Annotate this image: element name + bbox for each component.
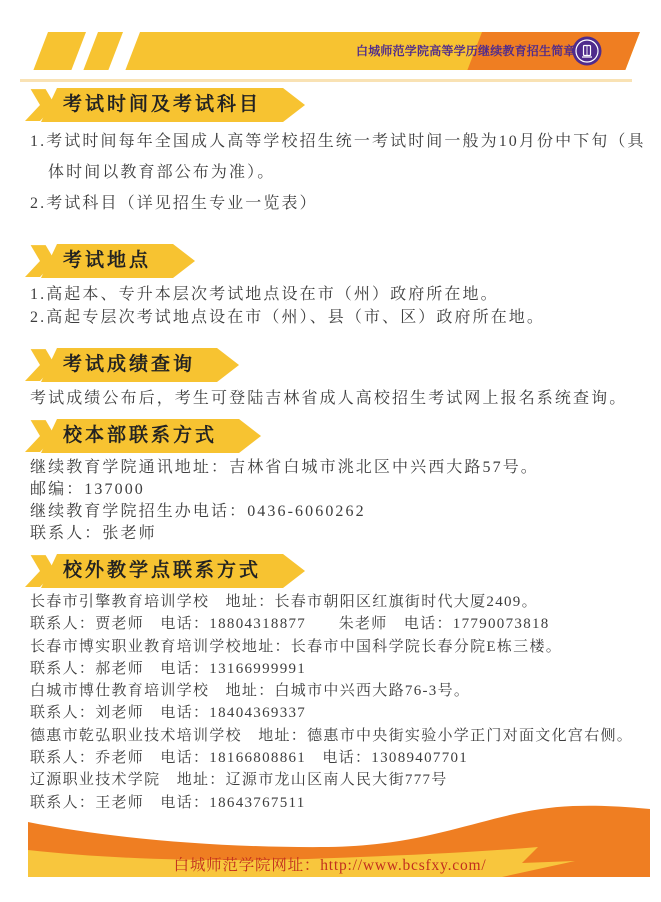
section-heading: 校本部联系方式 [25, 419, 641, 453]
section-campus-contact: 校本部联系方式 继续教育学院通讯地址：吉林省白城市洮北区中兴西大路57号。 邮编… [30, 419, 641, 545]
text-line: 体时间以教育部公布为准）。 [30, 157, 641, 188]
section-heading: 考试时间及考试科目 [25, 88, 641, 122]
text-line: 2.考试科目（详见招生专业一览表） [30, 188, 641, 219]
footer-website-url: 白城师范学院网址：http://www.bcsfxy.com/ [150, 853, 510, 875]
section-heading-banner: 校本部联系方式 [41, 419, 261, 453]
text-line: 联系人：刘老师 电话：18404369337 [30, 702, 641, 724]
text-line: 德惠市乾弘职业技术培训学校 地址：德惠市中央街实验小学正门对面文化宫右侧。 [30, 725, 641, 747]
text-line: 继续教育学院招生办电话：0436-6060262 [30, 501, 641, 523]
text-line: 考试成绩公布后，考生可登陆吉林省成人高校招生考试网上报名系统查询。 [30, 386, 641, 411]
page-header: 白城师范学院高等学历继续教育招生简章 [0, 0, 661, 86]
header-underline-decor [20, 79, 632, 82]
section-paragraph: 长春市引擎教育培训学校 地址：长春市朝阳区红旗街时代大厦2409。 联系人：贾老… [30, 591, 641, 814]
section-score-inquiry: 考试成绩查询 考试成绩公布后，考生可登陆吉林省成人高校招生考试网上报名系统查询。 [30, 348, 641, 411]
section-heading-banner: 校外教学点联系方式 [41, 554, 305, 588]
section-exam-time-subjects: 考试时间及考试科目 1.考试时间每年全国成人高等学校招生统一考试时间一般为10月… [30, 88, 641, 219]
section-exam-location: 考试地点 1.高起本、专升本层次考试地点设在市（州）政府所在地。 2.高起专层次… [30, 244, 641, 329]
section-paragraph: 考试成绩公布后，考生可登陆吉林省成人高校招生考试网上报名系统查询。 [30, 386, 641, 411]
text-line: 辽源职业技术学院 地址：辽源市龙山区南人民大街777号 [30, 769, 641, 791]
text-line: 联系人：郝老师 电话：13166999991 [30, 658, 641, 680]
university-seal-icon [572, 36, 602, 66]
section-heading: 考试地点 [25, 244, 641, 278]
section-heading-banner: 考试地点 [41, 244, 195, 278]
section-heading: 校外教学点联系方式 [25, 554, 641, 588]
text-line: 联系人：张老师 [30, 523, 641, 545]
section-heading-banner: 考试成绩查询 [41, 348, 239, 382]
text-line: 1.高起本、专升本层次考试地点设在市（州）政府所在地。 [30, 284, 641, 307]
section-paragraph: 1.考试时间每年全国成人高等学校招生统一考试时间一般为10月份中下旬（具 体时间… [30, 126, 641, 219]
header-slash-decor-1 [33, 32, 86, 70]
document-body: 考试时间及考试科目 1.考试时间每年全国成人高等学校招生统一考试时间一般为10月… [30, 88, 641, 814]
section-heading: 考试成绩查询 [25, 348, 641, 382]
text-line: 联系人：贾老师 电话：18804318877 朱老师 电话：1779007381… [30, 613, 641, 635]
text-line: 继续教育学院通讯地址：吉林省白城市洮北区中兴西大路57号。 [30, 457, 641, 479]
text-line: 邮编：137000 [30, 479, 641, 501]
section-paragraph: 继续教育学院通讯地址：吉林省白城市洮北区中兴西大路57号。 邮编：137000 … [30, 457, 641, 545]
text-line: 长春市引擎教育培训学校 地址：长春市朝阳区红旗街时代大厦2409。 [30, 591, 641, 613]
section-heading-banner: 考试时间及考试科目 [41, 88, 305, 122]
section-paragraph: 1.高起本、专升本层次考试地点设在市（州）政府所在地。 2.高起专层次考试地点设… [30, 284, 641, 329]
text-line: 联系人：乔老师 电话：18166808861 电话：13089407701 [30, 747, 641, 769]
text-line: 1.考试时间每年全国成人高等学校招生统一考试时间一般为10月份中下旬（具 [30, 126, 641, 157]
text-line: 白城市博仕教育培训学校 地址：白城市中兴西大路76-3号。 [30, 680, 641, 702]
text-line: 长春市博实职业教育培训学校地址：长春市中国科学院长春分院E栋三楼。 [30, 636, 641, 658]
header-title: 白城师范学院高等学历继续教育招生简章 [356, 44, 576, 58]
text-line: 2.高起专层次考试地点设在市（州）、县（市、区）政府所在地。 [30, 307, 641, 330]
header-slash-decor-2 [83, 32, 123, 70]
section-offsite-contacts: 校外教学点联系方式 长春市引擎教育培训学校 地址：长春市朝阳区红旗街时代大厦24… [30, 554, 641, 814]
